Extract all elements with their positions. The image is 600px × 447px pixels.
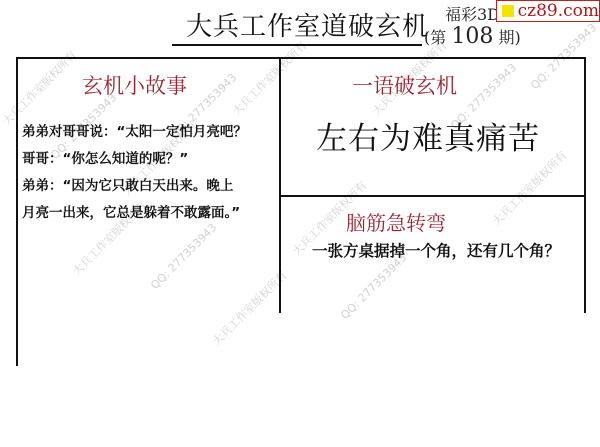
issue-prefix: (第 <box>424 28 446 47</box>
page-title: 大兵工作室道破玄机 <box>186 6 429 43</box>
right-panel-divider <box>279 195 586 197</box>
frame-left-border <box>16 57 18 366</box>
lottery-label: 福彩3D <box>445 2 500 25</box>
issue-suffix: 期) <box>498 28 520 47</box>
story-line: 月亮一出来，它总是躲着不敢露面。” <box>22 200 280 227</box>
frame-right-border <box>584 57 586 313</box>
title-underline <box>172 44 422 46</box>
riddle-text: 一张方桌据掉一个角，还有几个角？ <box>312 240 580 262</box>
watermark-text: QQ: 277353943 <box>148 221 219 292</box>
answer-heading: 一语破玄机 <box>352 70 457 100</box>
issue-number: 108 <box>451 24 493 49</box>
site-badge-link[interactable]: cz89.com <box>496 0 600 22</box>
watermark-text: 大兵工作室版权所有 <box>0 47 80 128</box>
story-line: 哥哥：“你怎么知道的呢？” <box>22 146 280 173</box>
watermark-text: 大兵工作室版权所有 <box>229 37 310 118</box>
site-badge-text: cz89.com <box>518 1 599 21</box>
story-line: 弟弟：“因为它只敢白天出来。晚上 <box>22 173 280 200</box>
story-heading: 玄机小故事 <box>82 70 187 100</box>
answer-text: 左右为难真痛苦 <box>316 113 540 158</box>
riddle-heading: 脑筋急转弯 <box>346 207 446 236</box>
watermark-text: 大兵工作室版权所有 <box>489 147 570 228</box>
story-text: 弟弟对哥哥说：“太阳一定怕月亮吧？ 哥哥：“你怎么知道的呢？” 弟弟：“因为它只… <box>22 119 280 227</box>
story-line: 弟弟对哥哥说：“太阳一定怕月亮吧？ <box>22 119 280 146</box>
frame-top-border <box>16 57 586 59</box>
issue-label: (第 108 期) <box>424 24 521 49</box>
yellow-square-icon <box>502 5 514 17</box>
watermark-text: 大兵工作室版权所有 <box>209 267 290 348</box>
